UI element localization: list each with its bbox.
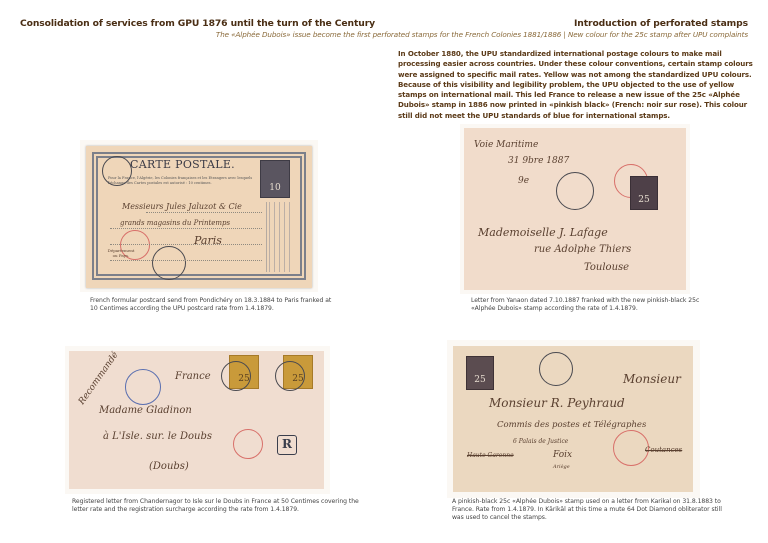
page-title-right: Introduction of perforated stamps (574, 18, 748, 29)
registration-mark: R (277, 435, 297, 455)
stamp-10c: 10 (260, 160, 290, 198)
stamp-25c-pinkish-black: 25 (466, 356, 494, 390)
caption-exhibit-4: A pinkish-black 25c «Alphée Dubois» stam… (452, 498, 732, 522)
dept-label: Département ou Pays. (106, 248, 136, 258)
intro-paragraph: In October 1880, the UPU standardized in… (398, 49, 753, 121)
handwriting-line: France (175, 371, 211, 382)
postcard-side-text (266, 202, 291, 272)
handwriting-line: Voie Maritime (474, 140, 538, 150)
caption-exhibit-3: Registered letter from Chandernagor to I… (72, 498, 362, 514)
handwriting-line: 6 Palais de Justice (513, 438, 568, 445)
caption-exhibit-2: Letter from Yanaon dated 7.10.1887 frank… (471, 297, 721, 313)
address-line (146, 212, 262, 213)
exhibit-letter-karikal: 25 Monsieur Monsieur R. Peyhraud Commis … (447, 340, 700, 498)
postmark-chandernagor (125, 369, 161, 405)
exhibit-letter-yanaon: Voie Maritime 31 9bre 1887 9e 25 Mademoi… (460, 124, 690, 294)
letter-paper: 25 Monsieur Monsieur R. Peyhraud Commis … (453, 346, 693, 492)
handwriting-line: à L'Isle. sur. le Doubs (103, 431, 212, 442)
handwriting-line: grands magasins du Printemps (120, 219, 230, 227)
exhibit-postcard-pondichery: CARTE POSTALE. Pour la France, l'Algérie… (80, 140, 318, 292)
handwriting-line: Foix (553, 450, 572, 460)
postmark-pondichery (102, 156, 132, 186)
handwriting-line: (Doubs) (149, 461, 189, 472)
handwriting-line: Madame Gladinon (99, 405, 192, 416)
address-line (110, 244, 262, 245)
handwriting-line: Monsieur (623, 372, 681, 386)
postmark-paris-red (233, 429, 263, 459)
handwriting-line: rue Adolphe Thiers (534, 244, 631, 255)
postcard-preprint: Pour la France, l'Algérie, les Colonies … (108, 176, 263, 186)
postcard-title: CARTE POSTALE. (130, 158, 235, 171)
stamp-value: 10 (261, 183, 289, 193)
postmark-paris (152, 246, 186, 280)
handwriting-line: Monsieur R. Peyhraud (489, 396, 625, 410)
postmark-inde (275, 361, 305, 391)
handwriting-line: Ariège (553, 464, 570, 470)
handwriting-line: Coutances (645, 446, 682, 454)
page-subtitle: The «Alphée Dubois» issue become the fir… (216, 30, 748, 39)
page-title-left: Consolidation of services from GPU 1876 … (20, 18, 375, 29)
postmark-red (613, 430, 649, 466)
stamp-value: 25 (467, 375, 493, 385)
address-line (110, 228, 262, 229)
handwriting-line: Haute Garonne (467, 452, 514, 459)
postmark-karikal (539, 352, 573, 386)
stamp-value: 25 (631, 195, 657, 205)
postmark-inde (221, 361, 251, 391)
caption-exhibit-1: French formular postcard send from Pondi… (90, 297, 340, 313)
handwriting-line: 31 9bre 1887 (508, 156, 569, 166)
postcard-paper: CARTE POSTALE. Pour la France, l'Algérie… (86, 146, 312, 288)
handwriting-line: Paris (194, 234, 222, 247)
handwriting-line: Toulouse (584, 262, 629, 273)
handwriting-line: Commis des postes et Télégraphes (497, 420, 646, 430)
exhibit-letter-chandernagor: Recommandé France 25 25 Madame Gladinon … (65, 346, 330, 494)
letter-paper: Voie Maritime 31 9bre 1887 9e 25 Mademoi… (464, 128, 686, 290)
postmark-yanaon (556, 172, 594, 210)
letter-paper: Recommandé France 25 25 Madame Gladinon … (69, 351, 324, 489)
address-line (110, 260, 262, 261)
handwriting-line: 9e (518, 176, 529, 186)
stamp-25c-pinkish-black: 25 (630, 176, 658, 210)
handwriting-line: Messieurs Jules Jaluzot & Cie (122, 202, 242, 211)
handwriting-line: Mademoiselle J. Lafage (478, 226, 608, 239)
handwriting-line: Recommandé (77, 350, 121, 406)
